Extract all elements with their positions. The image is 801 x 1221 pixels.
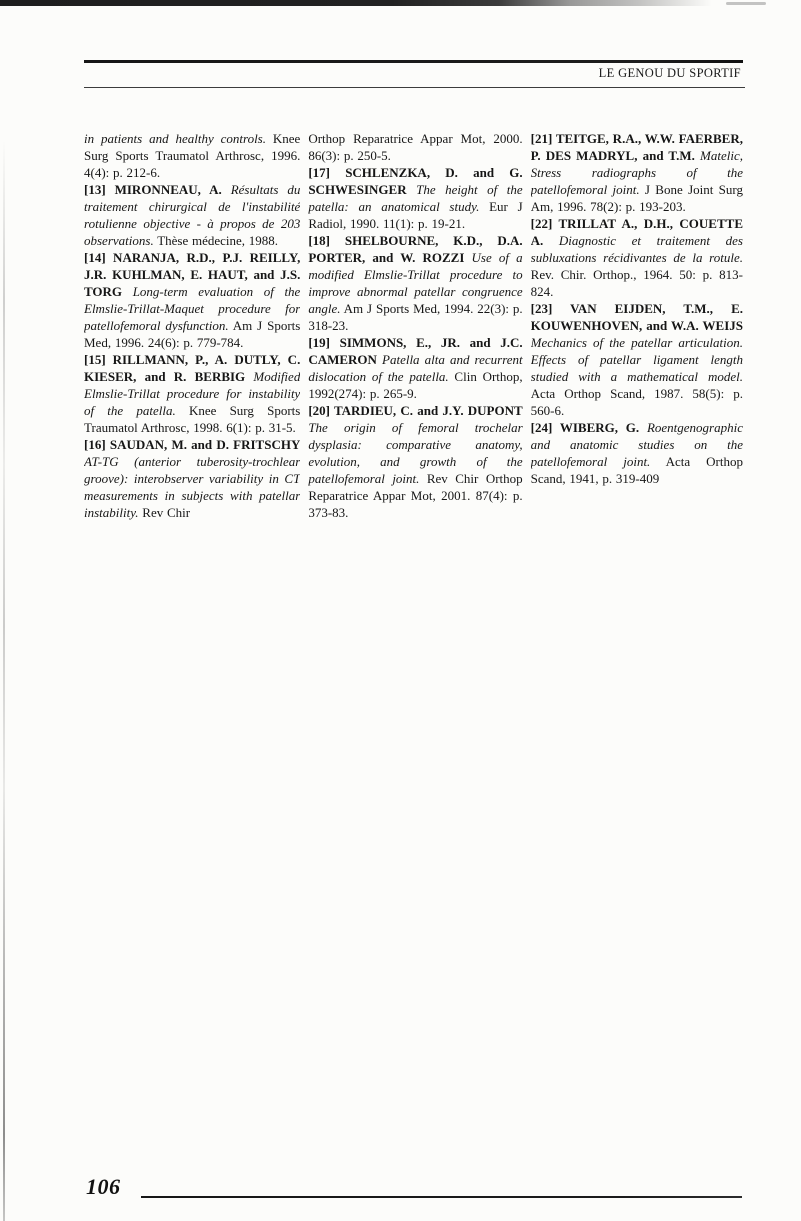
reference-entry: [17] SCHLENZKA, D. and G. SCHWESINGER Th… (308, 164, 522, 232)
reference-segment-roman: Am J Sports Med, 1994. 22(3): p. 318-23. (308, 301, 522, 333)
scan-smudge (726, 2, 766, 5)
reference-column-1: in patients and healthy controls. Knee S… (84, 130, 300, 521)
running-header-title: LE GENOU DU SPORTIF (84, 66, 741, 81)
scan-edge-left (3, 140, 5, 1221)
reference-entry: Orthop Reparatrice Appar Mot, 2000. 86(3… (308, 130, 522, 164)
reference-segment-italic: in patients and healthy controls. (84, 131, 266, 146)
reference-entry: in patients and healthy controls. Knee S… (84, 130, 300, 181)
reference-entry: [19] SIMMONS, E., JR. and J.C. CAMERON P… (308, 334, 522, 402)
reference-segment-italic: AT-TG (anterior tuberosity-trochlear gro… (84, 454, 300, 520)
reference-segment-roman: Rev Chir (139, 505, 191, 520)
header-rule-thin (84, 87, 745, 88)
reference-entry: [24] WIBERG, G. Roentgenographic and ana… (531, 419, 743, 487)
references-section: in patients and healthy controls. Knee S… (84, 130, 743, 521)
reference-segment-roman: Rev. Chir. Orthop., 1964. 50: p. 813-824… (531, 267, 743, 299)
footer-rule (141, 1196, 742, 1198)
reference-entry: [22] TRILLAT A., D.H., COUETTE A. Diagno… (531, 215, 743, 300)
reference-segment-roman: Acta Orthop Scand, 1987. 58(5): p. 560-6… (531, 386, 743, 418)
scan-edge-top (0, 0, 712, 6)
reference-entry: [20] TARDIEU, C. and J.Y. DUPONT The ori… (308, 402, 522, 521)
reference-segment-bold: [16] SAUDAN, M. and D. FRITSCHY (84, 437, 300, 452)
header-rule-thick (84, 60, 743, 63)
reference-entry: [13] MIRONNEAU, A. Résultats du traiteme… (84, 181, 300, 249)
reference-segment-roman: Thèse médecine, 1988. (154, 233, 278, 248)
reference-entry: [21] TEITGE, R.A., W.W. FAERBER, P. DES … (531, 130, 743, 215)
reference-entry: [15] RILLMANN, P., A. DUTLY, C. KIESER, … (84, 351, 300, 436)
reference-entry: [23] VAN EIJDEN, T.M., E. KOUWENHOVEN, a… (531, 300, 743, 419)
reference-segment-italic: Diagnostic et traitement des subluxation… (531, 233, 743, 265)
reference-segment-bold: [13] MIRONNEAU, A. (84, 182, 222, 197)
reference-segment-bold: [20] TARDIEU, C. and J.Y. DUPONT (308, 403, 522, 418)
reference-segment-bold: [24] WIBERG, G. (531, 420, 640, 435)
reference-entry: [14] NARANJA, R.D., P.J. REILLY, J.R. KU… (84, 249, 300, 351)
reference-entry: [16] SAUDAN, M. and D. FRITSCHY AT-TG (a… (84, 436, 300, 521)
page-number: 106 (86, 1174, 121, 1200)
reference-segment-bold: [23] VAN EIJDEN, T.M., E. KOUWENHOVEN, a… (531, 301, 743, 333)
reference-column-3: [21] TEITGE, R.A., W.W. FAERBER, P. DES … (531, 130, 743, 521)
reference-column-2: Orthop Reparatrice Appar Mot, 2000. 86(3… (308, 130, 522, 521)
reference-segment-roman: Orthop Reparatrice Appar Mot, 2000. 86(3… (308, 131, 522, 163)
reference-entry: [18] SHELBOURNE, K.D., D.A. PORTER, and … (308, 232, 522, 334)
reference-segment-italic: Mechanics of the patellar articulation. … (531, 335, 743, 384)
